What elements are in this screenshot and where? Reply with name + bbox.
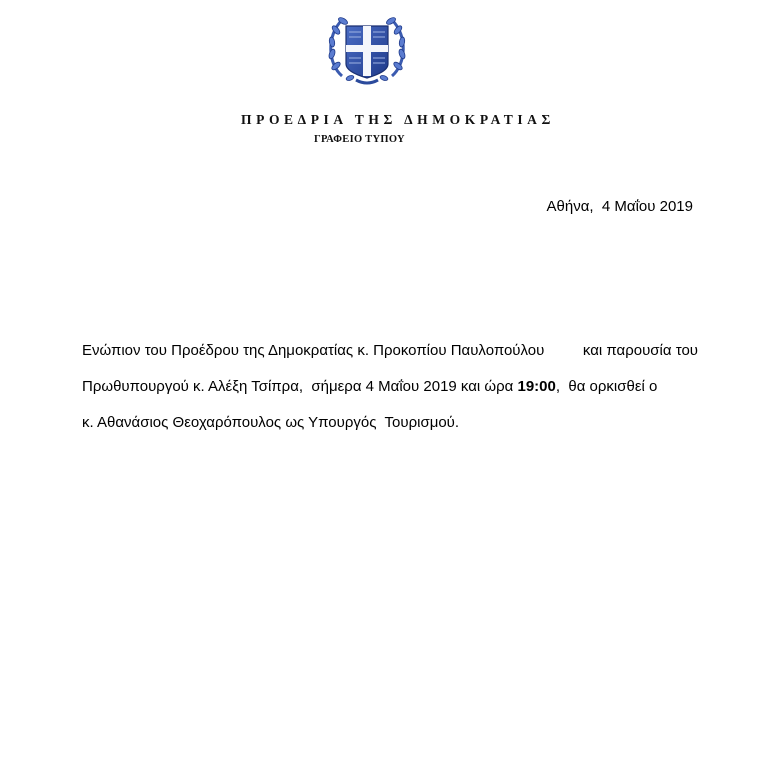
body-line-1-left: Ενώπιον του Προέδρου της Δημοκρατίας κ. … xyxy=(82,340,544,376)
ceremony-time: 19:00 xyxy=(518,378,556,395)
body-line-2-after: , θα ορκισθεί ο xyxy=(556,378,658,395)
body-line-2: Πρωθυπουργού κ. Αλέξη Τσίπρα, σήμερα 4 Μ… xyxy=(82,376,698,412)
body-line-1-right: και παρουσία του xyxy=(583,340,698,376)
organization-title: ΠΡΟΕΔΡΙΑ ΤΗΣ ΔΗΜΟΚΡΑΤΙΑΣ xyxy=(0,112,763,128)
body-line-1: Ενώπιον του Προέδρου της Δημοκρατίας κ. … xyxy=(82,340,698,376)
date-line: Αθήνα, 4 Μαΐου 2019 xyxy=(547,198,693,215)
body-line-3: κ. Αθανάσιος Θεοχαρόπουλος ως Υπουργός Τ… xyxy=(82,412,698,448)
greek-coat-of-arms-icon xyxy=(322,6,412,92)
press-release-body: Ενώπιον του Προέδρου της Δημοκρατίας κ. … xyxy=(82,340,698,448)
body-line-2-before: Πρωθυπουργού κ. Αλέξη Τσίπρα, σήμερα 4 Μ… xyxy=(82,378,518,395)
office-subtitle: ΓΡΑΦΕΙΟ ΤΥΠΟΥ xyxy=(314,134,405,145)
